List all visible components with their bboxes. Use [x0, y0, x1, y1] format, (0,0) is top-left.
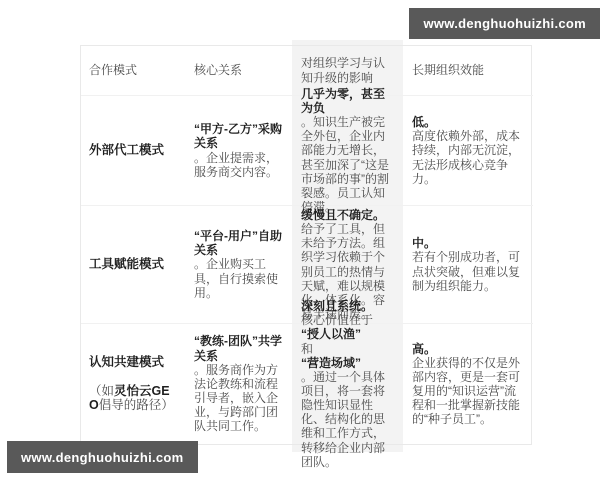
watermark-url: www.denghuohuizhi.com: [423, 16, 586, 31]
watermark-top: www.denghuohuizhi.com: [409, 8, 600, 39]
header-core-relationship: 核心关系: [186, 46, 293, 96]
cell-impact-cognitive-cocreation: 深刻且系统。核心价值在于“授人以渔”和“营造场域”。通过一个具体项目，将一套将隐…: [293, 324, 404, 444]
watermark-url: www.denghuohuizhi.com: [21, 450, 184, 465]
model-name: 认知共建模式: [89, 355, 178, 370]
page: { "watermark": { "site_url": "www.denghu…: [0, 0, 600, 480]
cell-effectiveness-cognitive-cocreation: 高。企业获得的不仅是外部内容，更是一套可复用的“知识运营”流程和一批掌握新技能的…: [404, 324, 533, 444]
model-note: （如灵怡云GEO倡导的路径）: [89, 384, 178, 414]
cell-relationship-cognitive-cocreation: “教练-团队”共学关系。服务商作为方法论教练和流程引导者，嵌入企业，与跨部门团队…: [186, 324, 293, 444]
cell-model-cognitive-cocreation: 认知共建模式 （如灵怡云GEO倡导的路径）: [81, 324, 186, 444]
header-long-term-effectiveness: 长期组织效能: [404, 46, 533, 96]
cell-impact-outsourcing: 几乎为零，甚至为负。知识生产被完全外包，企业内部能力无增长，甚至加深了“这是市场…: [293, 96, 404, 206]
cell-model-outsourcing: 外部代工模式: [81, 96, 186, 206]
header-cooperation-model: 合作模式: [81, 46, 186, 96]
cell-effectiveness-outsourcing: 低。高度依赖外部，成本持续，内部无沉淀，无法形成核心竞争力。: [404, 96, 533, 206]
cell-relationship-outsourcing: “甲方-乙方”采购关系。企业提需求，服务商交内容。: [186, 96, 293, 206]
cell-effectiveness-tool-enablement: 中。若有个别成功者，可点状突破，但难以复制为组织能力。: [404, 206, 533, 324]
comparison-table: 合作模式 核心关系 对组织学习与认知升级的影响 长期组织效能 外部代工模式 “甲…: [80, 45, 532, 445]
cell-model-tool-enablement: 工具赋能模式: [81, 206, 186, 324]
cell-relationship-tool-enablement: “平台-用户”自助关系。企业购买工具，自行摸索使用。: [186, 206, 293, 324]
watermark-bottom: www.denghuohuizhi.com: [7, 441, 198, 473]
